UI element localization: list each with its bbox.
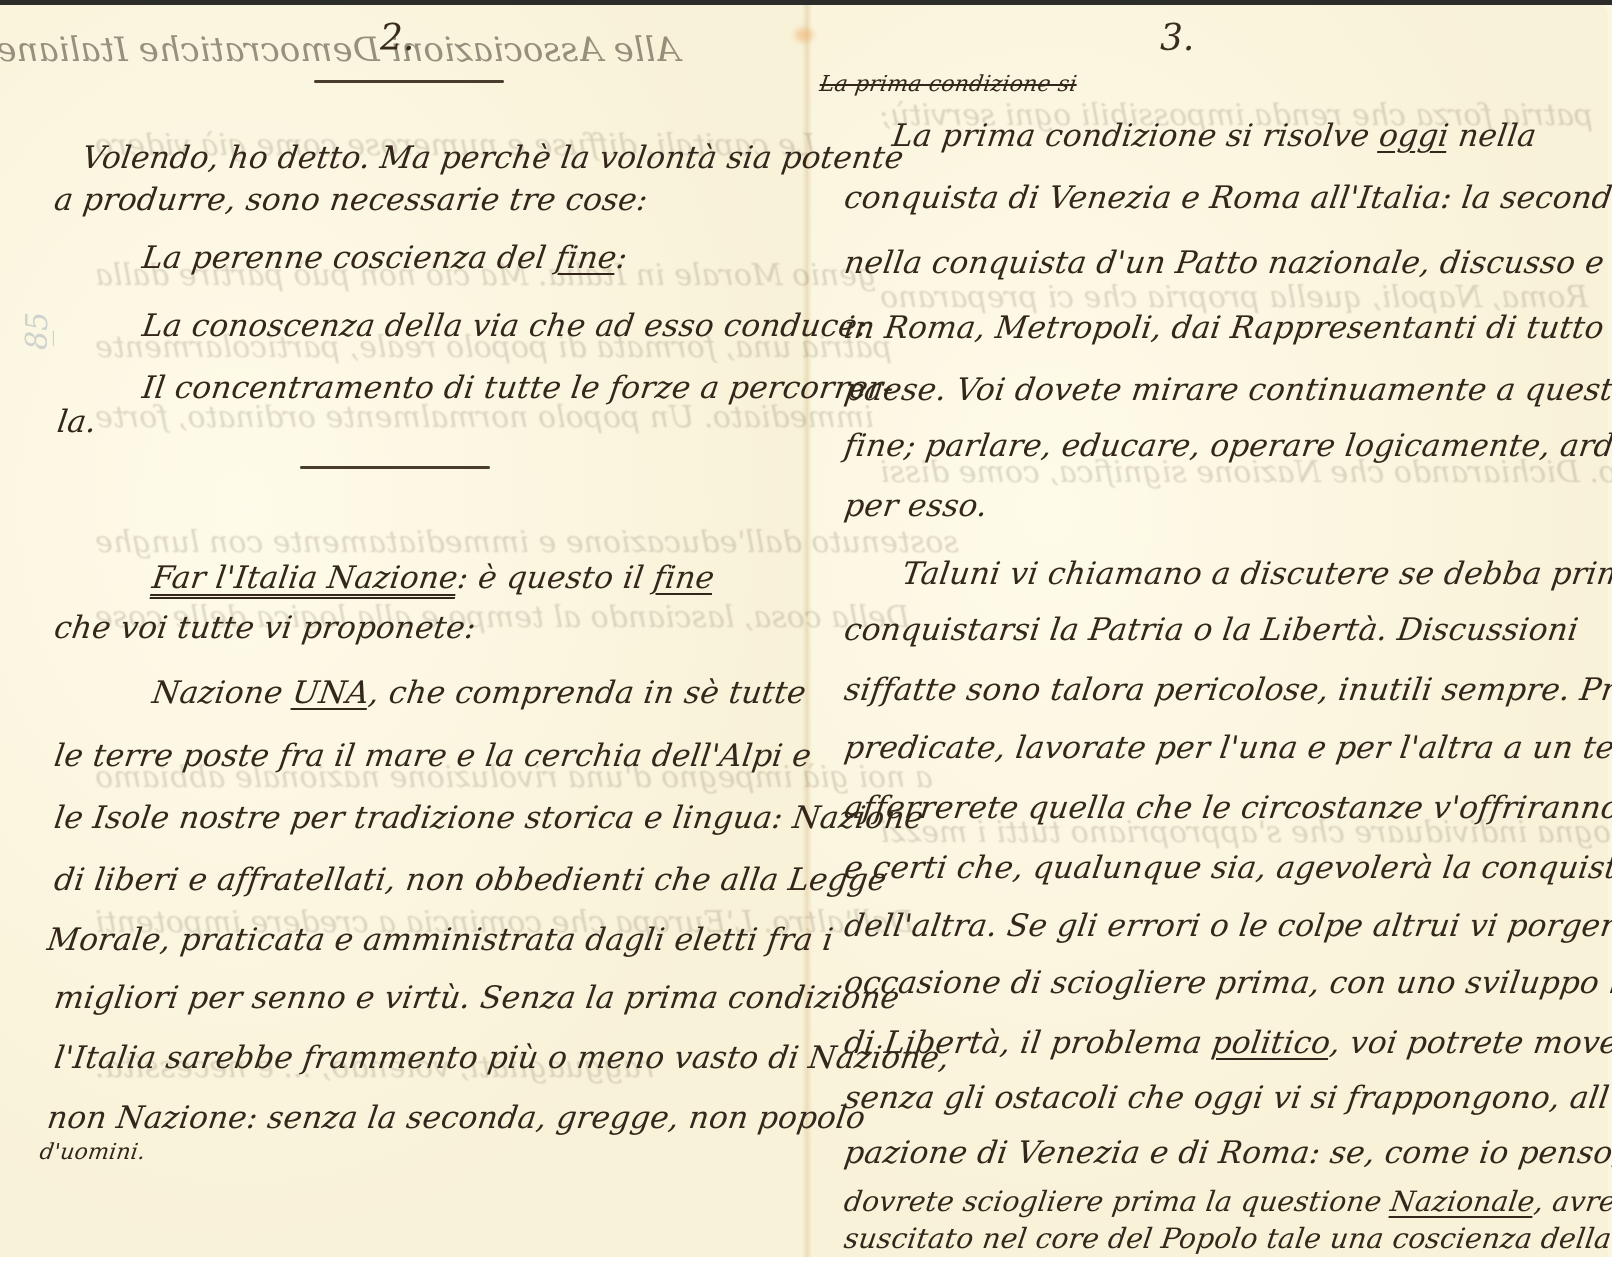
manuscript-line: predicate, lavorate per l'una e per l'al…	[842, 730, 1612, 766]
manuscript-line: pazione di Venezia e di Roma: se, come i…	[842, 1135, 1612, 1171]
manuscript-line: le terre poste fra il mare e la cerchia …	[52, 738, 814, 774]
manuscript-line: Far l'Italia Nazione: è questo il fine	[150, 560, 717, 596]
manuscript-line: dovrete sciogliere prima la questione Na…	[842, 1185, 1612, 1218]
manuscript-line: suscitato nel core del Popolo tale una c…	[842, 1222, 1612, 1255]
page-number-left: 2.	[380, 18, 414, 59]
manuscript-line: Nazione UNA, che comprenda in sè tutte	[150, 675, 808, 711]
manuscript-line: la.	[55, 404, 99, 440]
section-rule	[300, 466, 490, 469]
page-number-right: 3.	[1160, 18, 1194, 59]
manuscript-line: che voi tutte vi proponete:	[52, 610, 478, 646]
manuscript-line: occasione di sciogliere prima, con uno s…	[842, 965, 1612, 1001]
manuscript-line: l'Italia sarebbe frammento più o meno va…	[52, 1040, 952, 1076]
manuscript-line: di liberi e affratellati, non obbedienti…	[52, 862, 889, 898]
emphasis-politico: politico	[1209, 1025, 1332, 1061]
manuscript-line: le Isole nostre per tradizione storica e…	[52, 800, 926, 836]
manuscript-line: Taluni vi chiamano a discutere se debba …	[900, 556, 1612, 592]
emphasis-una: UNA	[290, 675, 371, 711]
emphasis-far-italia-nazione: Far l'Italia Nazione	[150, 560, 460, 596]
manuscript-line: La prima condizione si risolve oggi nell…	[890, 118, 1539, 154]
manuscript-line: per esso.	[842, 488, 990, 524]
manuscript-line: conquistarsi la Patria o la Libertà. Dis…	[842, 612, 1581, 648]
manuscript-line: nella conquista d'un Patto nazionale, di…	[842, 245, 1612, 281]
manuscript-line: e certi che, qualunque sia, agevolerà la…	[842, 850, 1612, 886]
manuscript-line: senza gli ostacoli che oggi vi si frappo…	[842, 1080, 1612, 1116]
manuscript-line: d'uomini.	[38, 1140, 147, 1165]
emphasis-fine: fine	[554, 240, 620, 276]
manuscript-line: conquista di Venezia e Roma all'Italia: …	[842, 180, 1612, 216]
struck-out-line: La prima condizione si	[818, 72, 1078, 97]
heading-rule	[314, 80, 504, 83]
manuscript-line: di Libertà, il problema politico, voi po…	[842, 1025, 1612, 1061]
bleed-through-text: sostenuto dall'educazione e immediatamen…	[95, 525, 959, 560]
emphasis-oggi: oggi	[1377, 118, 1451, 154]
emphasis-fine: fine	[651, 560, 717, 596]
manuscript-line: La perenne coscienza del fine:	[140, 240, 630, 276]
manuscript-line: Il concentramento di tutte le forze a pe…	[140, 370, 896, 406]
manuscript-line: dell'altra. Se gli errori o le colpe alt…	[842, 908, 1612, 944]
ink-stain	[795, 28, 813, 42]
manuscript-line: in Roma, Metropoli, dai Rappresentanti d…	[842, 310, 1612, 346]
manuscript-line: Morale, praticata e amministrata dagli e…	[45, 922, 836, 958]
scan-bottom-edge	[0, 1257, 1612, 1265]
manuscript-line: afferrerete quella che le circostanze v'…	[842, 790, 1612, 826]
manuscript-line: siffatte sono talora pericolose, inutili…	[842, 672, 1612, 708]
emphasis-nazionale: Nazionale	[1388, 1185, 1536, 1218]
manuscript-line: paese. Voi dovete mirare continuamente a…	[842, 372, 1612, 408]
scanned-manuscript: Le capitali, diffuse e numerose come già…	[0, 0, 1612, 1265]
manuscript-line: migliori per senno e virtù. Senza la pri…	[52, 980, 902, 1016]
margin-pencil-note: 8̲5	[20, 312, 55, 350]
manuscript-line: fine; parlare, educare, operare logicame…	[842, 428, 1612, 464]
manuscript-line: Volendo, ho detto. Ma perchè la volontà …	[80, 140, 906, 176]
manuscript-line: a produrre, sono necessarie tre cose:	[52, 182, 650, 218]
manuscript-line: non Nazione: senza la seconda, gregge, n…	[45, 1100, 868, 1136]
manuscript-line: La conoscenza della via che ad esso cond…	[140, 308, 870, 344]
